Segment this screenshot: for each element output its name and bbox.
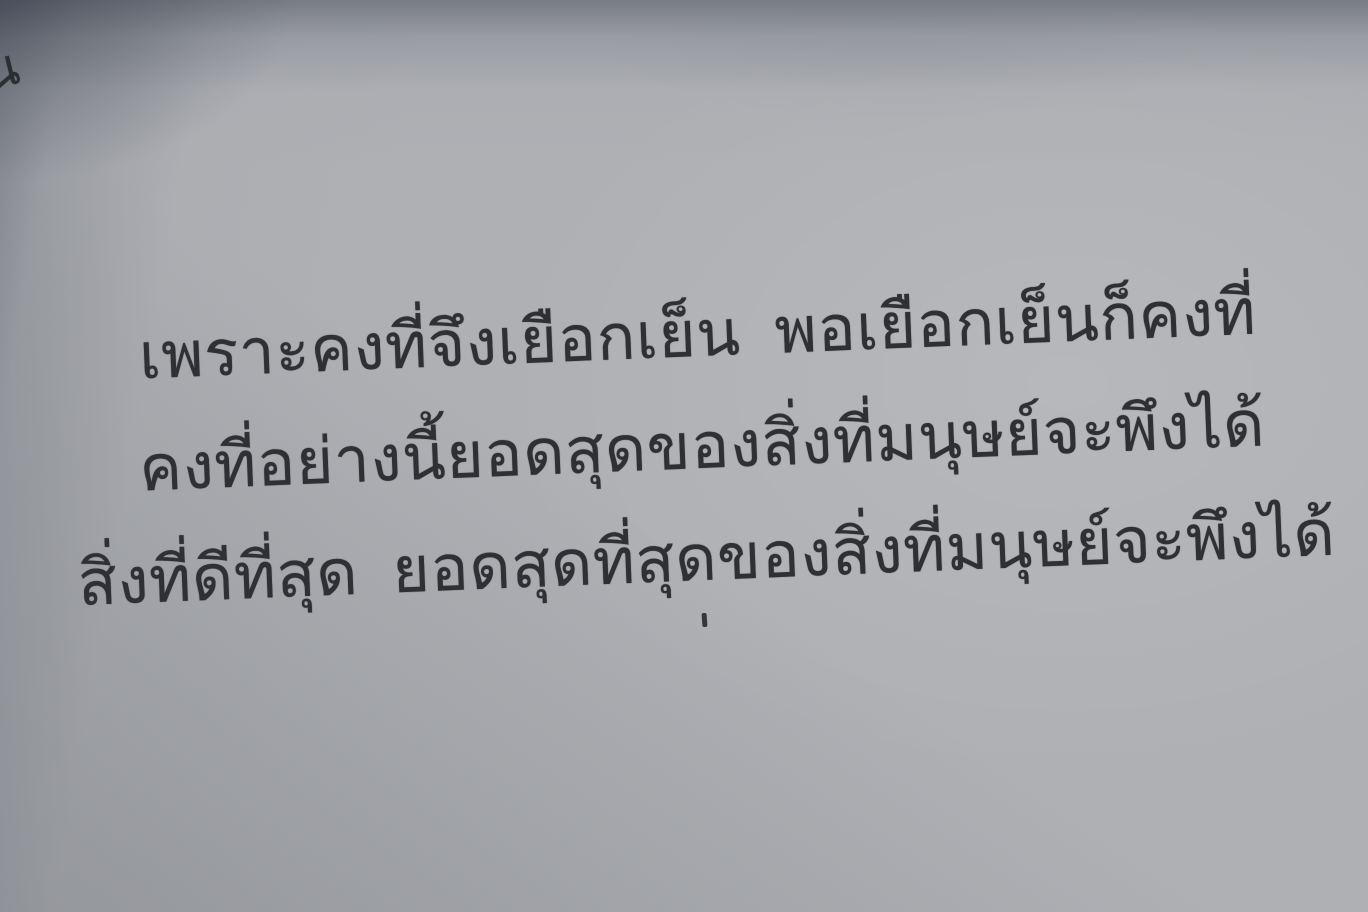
book-page-photo: น เพราะคงที่จึงเยือกเย็น พอเยือกเย็นก็คง… — [0, 0, 1368, 912]
ink-speck — [702, 613, 708, 627]
quote-block: เพราะคงที่จึงเยือกเย็น พอเยือกเย็นก็คงที… — [56, 252, 1348, 639]
clipped-edge-character: น — [0, 37, 25, 104]
